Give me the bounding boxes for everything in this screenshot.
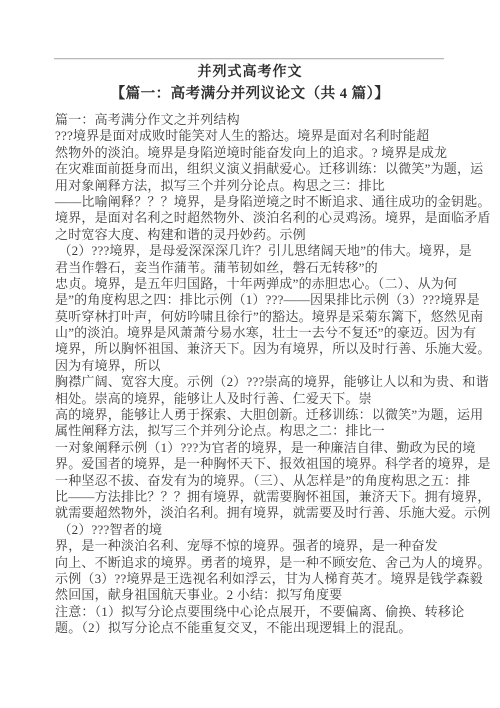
horizontal-rule [54, 58, 444, 60]
text-line: ???境界是面对成败时能笑对人生的豁达。境界是面对名利时能超 [55, 128, 447, 144]
text-line: 境界，所以胸怀祖国、兼济天下。因为有境界，所以及时行善、乐施大爱。 [55, 341, 447, 357]
text-line: 因为有境界，所以 [55, 358, 447, 374]
text-line: 向上、不断追求的境界。勇者的境界，是一种不顾安危、舍己为人的境界。 [55, 555, 447, 571]
text-line: ——比喻阐释？？？境界，是身陷逆境之时不断追求、通往成功的金钥匙。 [55, 194, 447, 210]
text-line: 篇一：高考满分作文之并列结构 [55, 112, 447, 128]
text-line: 是”的角度构思之四：排比示例（1）???——因果排比示例（3）???境界是 [55, 292, 447, 308]
text-line: 之时宽容大度、构建和谐的灵丹妙药。示例 [55, 227, 447, 243]
text-line: 高的境界，能够让人勇于探索、大胆创新。迁移训练：以微笑”为题，运用 [55, 407, 447, 423]
text-line: 胸襟广阔、宽容大度。示例（2）???崇高的境界，能够让人以和为贵、和谐 [55, 374, 447, 390]
text-line: 注意：（1）拟写分论点要围绕中心论点展开，不要偏离、偷换、转移论 [55, 604, 447, 620]
text-line: 然回国，献身祖国航天事业。2 小结：拟写角度要 [55, 587, 447, 603]
text-line: 君当作磐石，妾当作蒲苇。蒲苇韧如丝，磐石无转移”的 [55, 260, 447, 276]
document-title: 并列式高考作文 [0, 63, 500, 82]
text-line: 忠贞。境界，是五年归国路，十年两弹成”的赤胆忠心。（二）、从为何 [55, 276, 447, 292]
text-line: 界。爱国者的境界，是一种胸怀天下、报效祖国的境界。科学者的境界，是 [55, 456, 447, 472]
text-line: （2）???智者的境 [55, 522, 447, 538]
text-line: 用对象阐释方法，拟写三个并列分论点。构思之三：排比 [55, 178, 447, 194]
text-line: 相处。崇高的境界，能够让人及时行善、仁爱天下。崇 [55, 391, 447, 407]
text-line: 示例（3）??境界是王选视名利如浮云，甘为人梯育英才。境界是钱学森毅 [55, 571, 447, 587]
text-line: 属性阐释方法，拟写三个并列分论点。构思之二：排比一 [55, 423, 447, 439]
document-page: 并列式高考作文 【篇一：高考满分并列议论文（共 4 篇）】 篇一：高考满分作文之… [0, 0, 500, 708]
text-line: 山”的淡泊。境界是风萧萧兮易水寒，壮士一去兮不复还”的豪迈。因为有 [55, 325, 447, 341]
text-line: 比——方法排比？？？拥有境界，就需要胸怀祖国，兼济天下。拥有境界， [55, 489, 447, 505]
text-line: 境界，是面对名利之时超然物外、淡泊名利的心灵鸡汤。境界，是面临矛盾 [55, 210, 447, 226]
text-line: （2）???境界，是母爱深深深几许？引儿思绪阔天地”的伟大。境界，是 [55, 243, 447, 259]
text-line: 一对象阐释示例（1）???为官者的境界，是一种廉洁自律、勤政为民的境 [55, 440, 447, 456]
text-line: 一种坚忍不拔、奋发有为的境界。（三）、从怎样是”的角度构思之五：排 [55, 473, 447, 489]
text-line: 然物外的淡泊。境界是身陷逆境时能奋发向上的追求。? 境界是成龙 [55, 145, 447, 161]
text-line: 就需要超然物外，淡泊名利。拥有境界，就需要及时行善、乐施大爱。示例 [55, 505, 447, 521]
document-subtitle: 【篇一：高考满分并列议论文（共 4 篇）】 [0, 84, 500, 104]
text-line: 题。（2）拟写分论点不能重复交叉，不能出现逻辑上的混乱。 [55, 620, 447, 636]
document-body: 篇一：高考满分作文之并列结构???境界是面对成败时能笑对人生的豁达。境界是面对名… [55, 112, 447, 637]
text-line: 莫听穿林打叶声，何妨吟啸且徐行”的豁达。境界是采菊东篱下，悠然见南 [55, 309, 447, 325]
text-line: 界，是一种淡泊名利、宠辱不惊的境界。强者的境界，是一种奋发 [55, 538, 447, 554]
text-line: 在灾难面前挺身而出，组织义演义捐献爱心。迁移训练：以微笑”为题，运 [55, 161, 447, 177]
